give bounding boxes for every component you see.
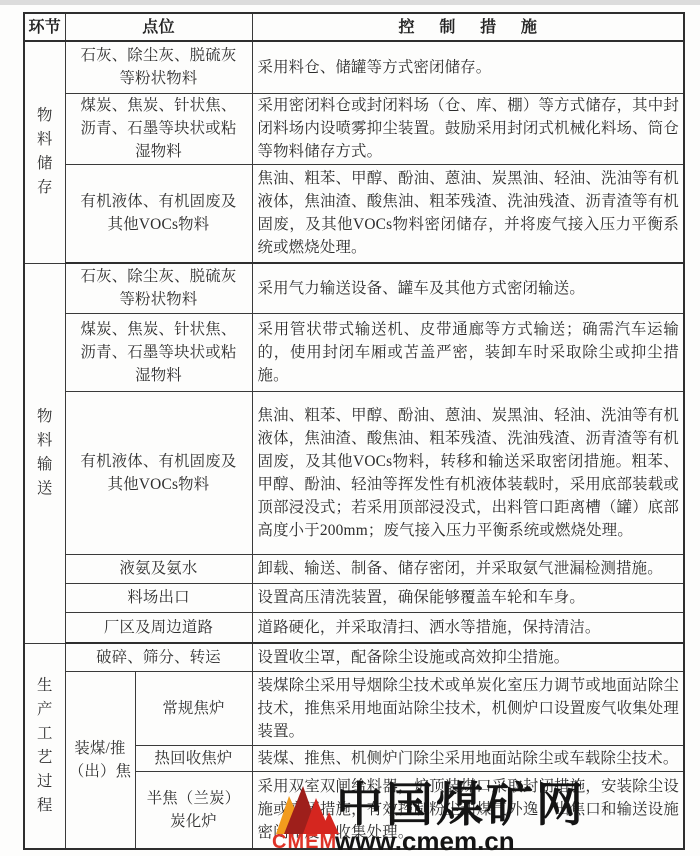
point-cell: 热回收焦炉 — [135, 745, 252, 771]
measure-cell: 设置高压清洗装置，确保能够覆盖车轮和车身。 — [252, 583, 684, 612]
table-row: 物料输送 石灰、除尘灰、脱硫灰等粉状物料 采用气力输送设备、罐车及其他方式密闭输… — [24, 263, 684, 313]
point-cell: 厂区及周边道路 — [65, 612, 252, 643]
measure-cell: 卸载、输送、制备、储存密闭，并采取氨气泄漏检测措施。 — [252, 554, 684, 583]
point-cell: 液氨及氨水 — [65, 554, 252, 583]
table-header-row: 环节 点位 控 制 措 施 — [24, 13, 684, 41]
point-cell: 石灰、除尘灰、脱硫灰等粉状物料 — [65, 263, 252, 313]
point-cell: 半焦（兰炭）炭化炉 — [135, 771, 252, 849]
subgroup-cell-coal-charging-pushing: 装煤/推（出）焦 — [65, 671, 135, 849]
table-row: 液氨及氨水 卸载、输送、制备、储存密闭，并采取氨气泄漏检测措施。 — [24, 554, 684, 583]
header-measure: 控 制 措 施 — [252, 13, 684, 41]
point-cell: 有机液体、有机固废及其他VOCs物料 — [65, 391, 252, 554]
table-row: 有机液体、有机固废及其他VOCs物料 焦油、粗苯、甲醇、酚油、蒽油、炭黑油、轻油… — [24, 391, 684, 554]
header-point: 点位 — [65, 13, 252, 41]
point-cell: 破碎、筛分、转运 — [65, 643, 252, 671]
table-row: 有机液体、有机固废及其他VOCs物料 焦油、粗苯、甲醇、酚油、蒽油、炭黑油、轻油… — [24, 164, 684, 263]
point-cell: 煤炭、焦炭、针状焦、沥青、石墨等块状或粘湿物料 — [65, 93, 252, 164]
measure-cell: 焦油、粗苯、甲醇、酚油、蒽油、炭黑油、轻油、洗油等有机液体，焦油渣、酸焦油、粗苯… — [252, 164, 684, 263]
measure-cell: 焦油、粗苯、甲醇、酚油、蒽油、炭黑油、轻油、洗油等有机液体，焦油渣、酸焦油、粗苯… — [252, 391, 684, 554]
point-cell: 石灰、除尘灰、脱硫灰等粉状物料 — [65, 41, 252, 93]
point-cell: 煤炭、焦炭、针状焦、沥青、石墨等块状或粘湿物料 — [65, 313, 252, 391]
header-stage: 环节 — [24, 13, 65, 41]
stage-cell-material-transport: 物料输送 — [24, 263, 65, 643]
table-row: 煤炭、焦炭、针状焦、沥青、石墨等块状或粘湿物料 采用密闭料仓或封闭料场（仓、库、… — [24, 93, 684, 164]
point-cell: 有机液体、有机固废及其他VOCs物料 — [65, 164, 252, 263]
table-row: 生产工艺过程 破碎、筛分、转运 设置收尘罩，配备除尘设施或高效抑尘措施。 — [24, 643, 684, 671]
measure-cell: 装煤除尘采用导烟除尘技术或单炭化室压力调节或地面站除尘技术，推焦采用地面站除尘技… — [252, 671, 684, 745]
control-measures-table: 环节 点位 控 制 措 施 物料储存 石灰、除尘灰、脱硫灰等粉状物料 采用料仓、… — [23, 12, 685, 850]
point-cell: 常规焦炉 — [135, 671, 252, 745]
point-cell: 料场出口 — [65, 583, 252, 612]
table-row: 料场出口 设置高压清洗装置，确保能够覆盖车轮和车身。 — [24, 583, 684, 612]
table-row: 装煤/推（出）焦 常规焦炉 装煤除尘采用导烟除尘技术或单炭化室压力调节或地面站除… — [24, 671, 684, 745]
stage-cell-material-storage: 物料储存 — [24, 41, 65, 263]
measure-cell: 采用双室双闸给料器，炉顶装煤口采取封闭措施，安装除尘设施或密闭措施，有效控制粉尘… — [252, 771, 684, 849]
measure-cell: 道路硬化，并采取清扫、洒水等措施，保持清洁。 — [252, 612, 684, 643]
measure-cell: 采用气力输送设备、罐车及其他方式密闭输送。 — [252, 263, 684, 313]
measure-cell: 设置收尘罩，配备除尘设施或高效抑尘措施。 — [252, 643, 684, 671]
measure-cell: 装煤、推焦、机侧炉门除尘采用地面站除尘或车载除尘技术。 — [252, 745, 684, 771]
stage-cell-production-process: 生产工艺过程 — [24, 643, 65, 849]
scan-page-edge — [0, 0, 700, 5]
table-row: 物料储存 石灰、除尘灰、脱硫灰等粉状物料 采用料仓、储罐等方式密闭储存。 — [24, 41, 684, 93]
table-row: 煤炭、焦炭、针状焦、沥青、石墨等块状或粘湿物料 采用管状带式输送机、皮带通廊等方… — [24, 313, 684, 391]
table-row: 厂区及周边道路 道路硬化，并采取清扫、洒水等措施，保持清洁。 — [24, 612, 684, 643]
measure-cell: 采用料仓、储罐等方式密闭储存。 — [252, 41, 684, 93]
measure-cell: 采用管状带式输送机、皮带通廊等方式输送；确需汽车运输的，使用封闭车厢或苫盖严密，… — [252, 313, 684, 391]
measure-cell: 采用密闭料仓或封闭料场（仓、库、棚）等方式储存，其中封闭料场内设喷雾抑尘装置。鼓… — [252, 93, 684, 164]
